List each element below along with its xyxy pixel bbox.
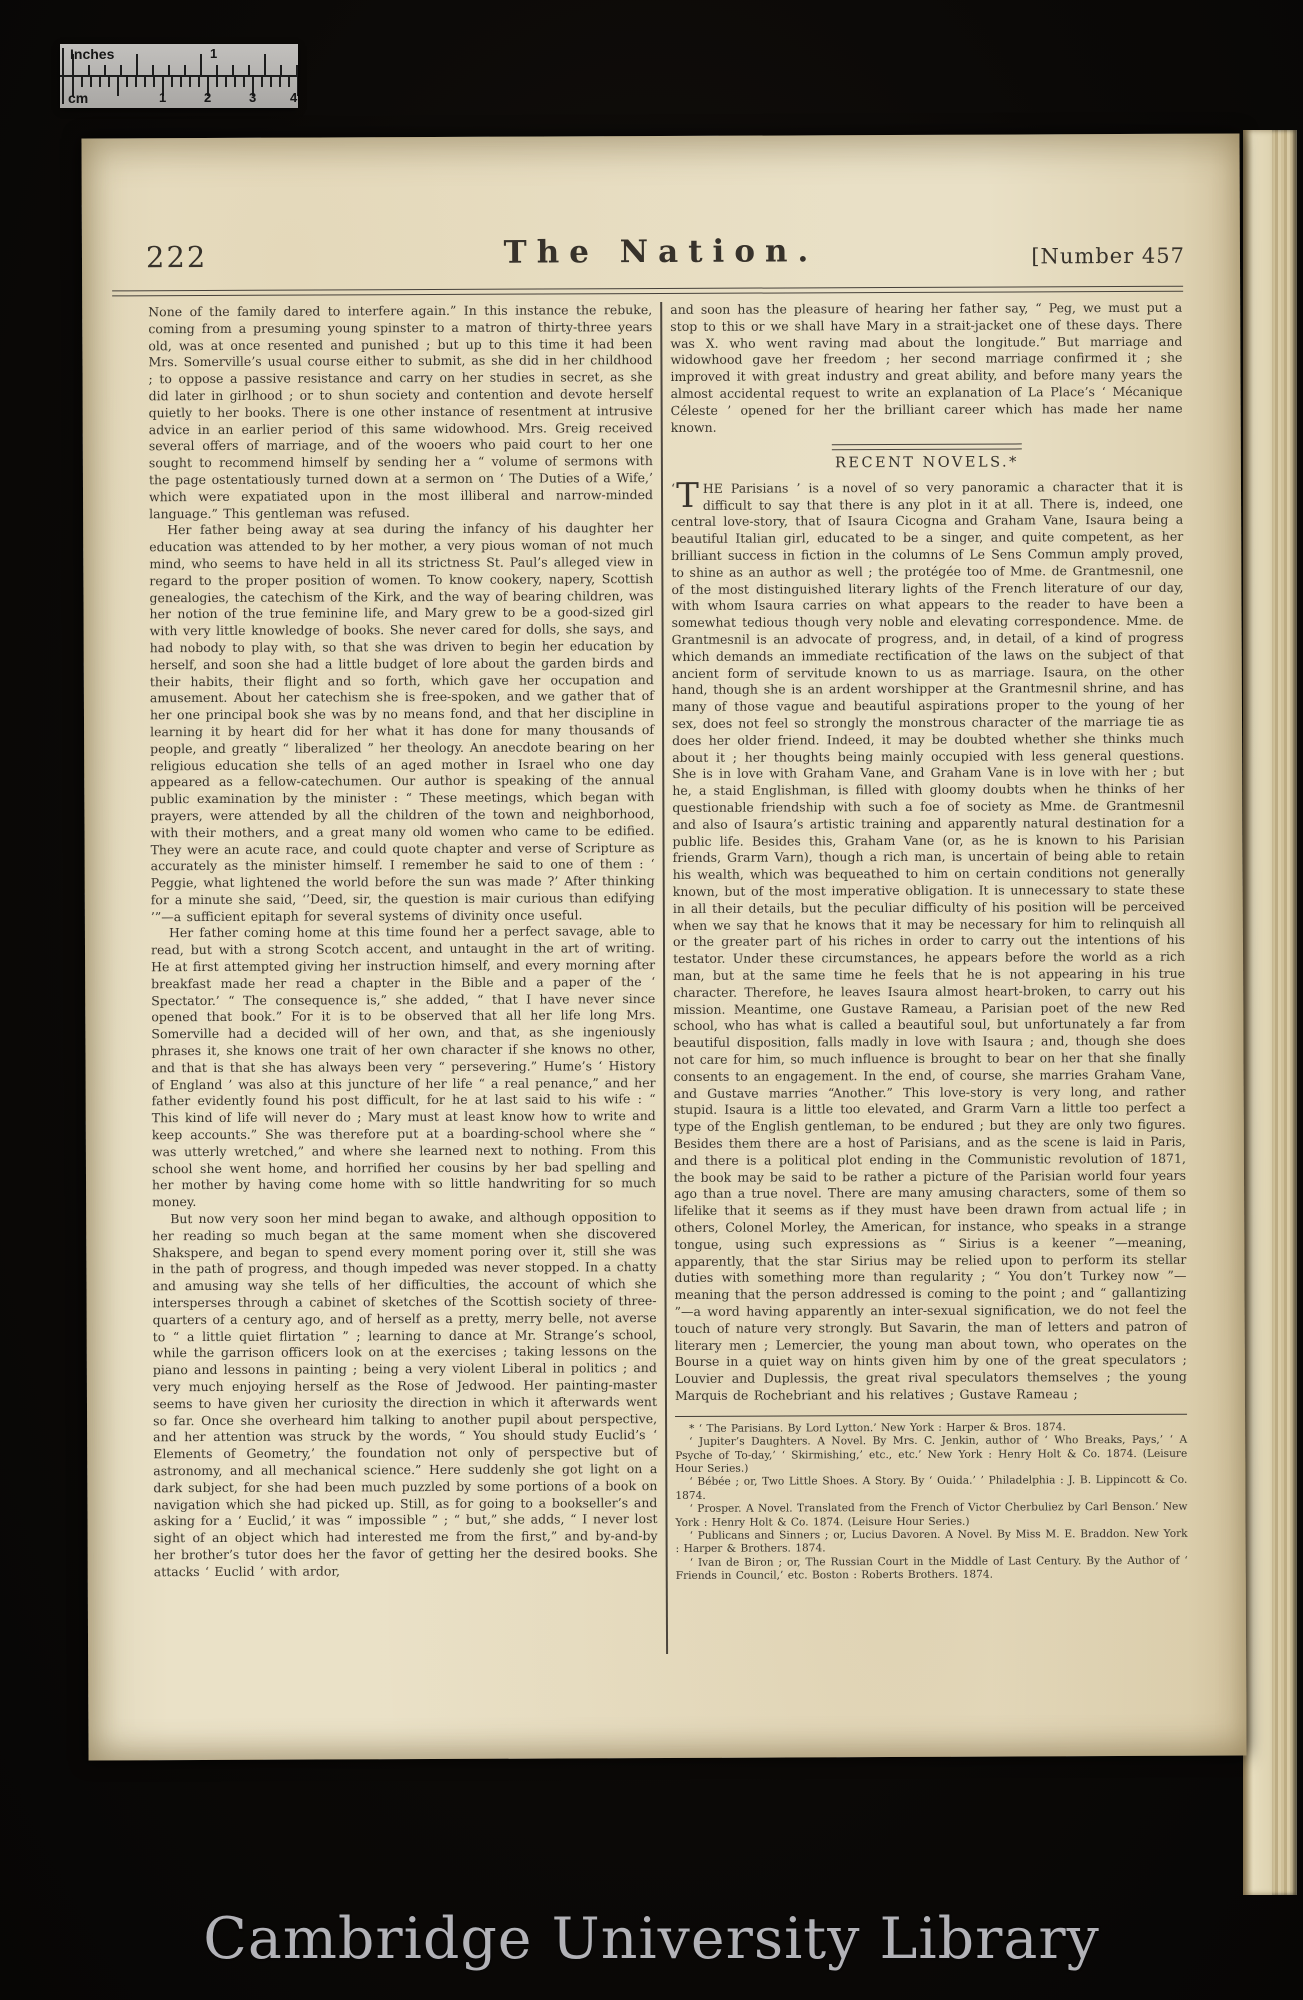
left-column: None of the family dared to interfere ag… xyxy=(148,302,658,1581)
book-fore-edge-pages xyxy=(1272,130,1297,1895)
footnote: ‘ Ivan de Biron ; or, The Russian Court … xyxy=(676,1554,1188,1583)
ruler-cm-number: 1 xyxy=(159,90,166,105)
footnote-block: * ‘ The Parisians. By Lord Lytton.’ New … xyxy=(675,1413,1188,1583)
library-watermark: Cambridge University Library xyxy=(0,1906,1303,1972)
issue-number: [Number 457 xyxy=(1031,244,1185,269)
article-paragraph: Her father being away at sea during the … xyxy=(149,520,655,925)
ruler-cm-label: cm xyxy=(68,90,88,106)
header-double-rule xyxy=(112,286,1183,297)
review-paragraph: ‘THE Parisians ’ is a novel of so very p… xyxy=(671,479,1187,1405)
ruler-cm-major-ticks xyxy=(72,77,298,96)
drop-cap: T xyxy=(676,482,699,511)
section-heading: RECENT NOVELS.* xyxy=(671,454,1183,472)
review-text: HE Parisians ’ is a novel of so very pan… xyxy=(671,479,1187,1403)
ruler-cm-number: 4 xyxy=(290,90,297,105)
footnote: ‘ Jupiter’s Daughters. A Novel. By Mrs. … xyxy=(675,1434,1187,1476)
measurement-ruler: Inches cm 1 1 2 3 4 xyxy=(60,44,298,108)
ruler-cm-number: 2 xyxy=(204,90,211,105)
ruler-inch-number: 1 xyxy=(210,46,217,61)
footnote: ‘ Bébée ; or, Two Little Shoes. A Story.… xyxy=(675,1474,1187,1503)
column-divider-rule xyxy=(660,302,668,1654)
book-fore-edge xyxy=(1243,130,1272,1895)
right-column: and soon has the pleasure of hearing her… xyxy=(670,300,1188,1584)
scan-page: 222 The Nation. [Number 457 None of the … xyxy=(81,133,1246,1760)
lead-quote: ‘ xyxy=(671,482,675,499)
ruler-inches-label: Inches xyxy=(70,46,114,62)
article-paragraph: But now very soon her mind began to awak… xyxy=(152,1209,658,1581)
section-divider-rule xyxy=(832,444,1022,450)
footnote: ‘ Prosper. A Novel. Translated from the … xyxy=(675,1501,1187,1530)
article-paragraph: and soon has the pleasure of hearing her… xyxy=(670,300,1183,437)
article-paragraph: None of the family dared to interfere ag… xyxy=(148,302,653,523)
ruler-cm-number: 3 xyxy=(249,90,256,105)
footnote: ‘ Publicans and Sinners ; or, Lucius Dav… xyxy=(676,1528,1188,1557)
article-paragraph: Her father coming home at this time foun… xyxy=(151,924,656,1212)
